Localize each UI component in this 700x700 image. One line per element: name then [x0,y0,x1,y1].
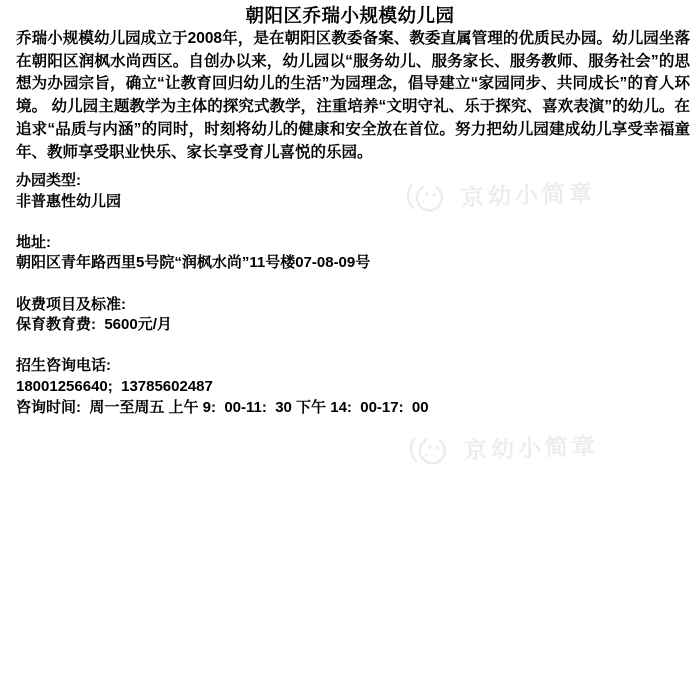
section-value: 保育教育费: 5600元/月 [16,315,690,336]
watermark-text: 京幼小简章 [463,427,599,465]
section-value: 非普惠性幼儿园 [16,192,690,213]
watermark-badge: 京幼小简章 [405,425,599,470]
section-label: 办园类型: [16,171,690,192]
section-label: 招生咨询电话: [16,356,690,377]
section-value: 朝阳区青年路西里5号院“润枫水尚”11号楼07-08-09号 [16,253,690,274]
section-label: 收费项目及标准: [16,295,690,316]
kindergarten-introduction-paragraph: 乔瑞小规模幼儿园成立于2008年，是在朝阳区教委备案、教委直属管理的优质民办园。… [16,28,690,164]
document-page: 朝阳区乔瑞小规模幼儿园 乔瑞小规模幼儿园成立于2008年，是在朝阳区教委备案、教… [0,0,700,700]
page-title: 朝阳区乔瑞小规模幼儿园 [0,2,700,28]
section-enrollment-phone: 招生咨询电话: 18001256640; 13785602487 咨询时间: 周… [16,356,690,418]
section-kindergarten-type: 办园类型: 非普惠性幼儿园 [16,171,690,212]
section-fees: 收费项目及标准: 保育教育费: 5600元/月 [16,295,690,336]
info-sections: 办园类型: 非普惠性幼儿园 地址: 朝阳区青年路西里5号院“润枫水尚”11号楼0… [16,171,690,418]
consultation-hours: 咨询时间: 周一至周五 上午 9: 00-11: 30 下午 14: 00-17… [16,398,690,419]
section-label: 地址: [16,233,690,254]
section-address: 地址: 朝阳区青年路西里5号院“润枫水尚”11号楼07-08-09号 [16,233,690,274]
phone-numbers: 18001256640; 13785602487 [16,377,690,398]
panda-face-icon [405,430,452,470]
